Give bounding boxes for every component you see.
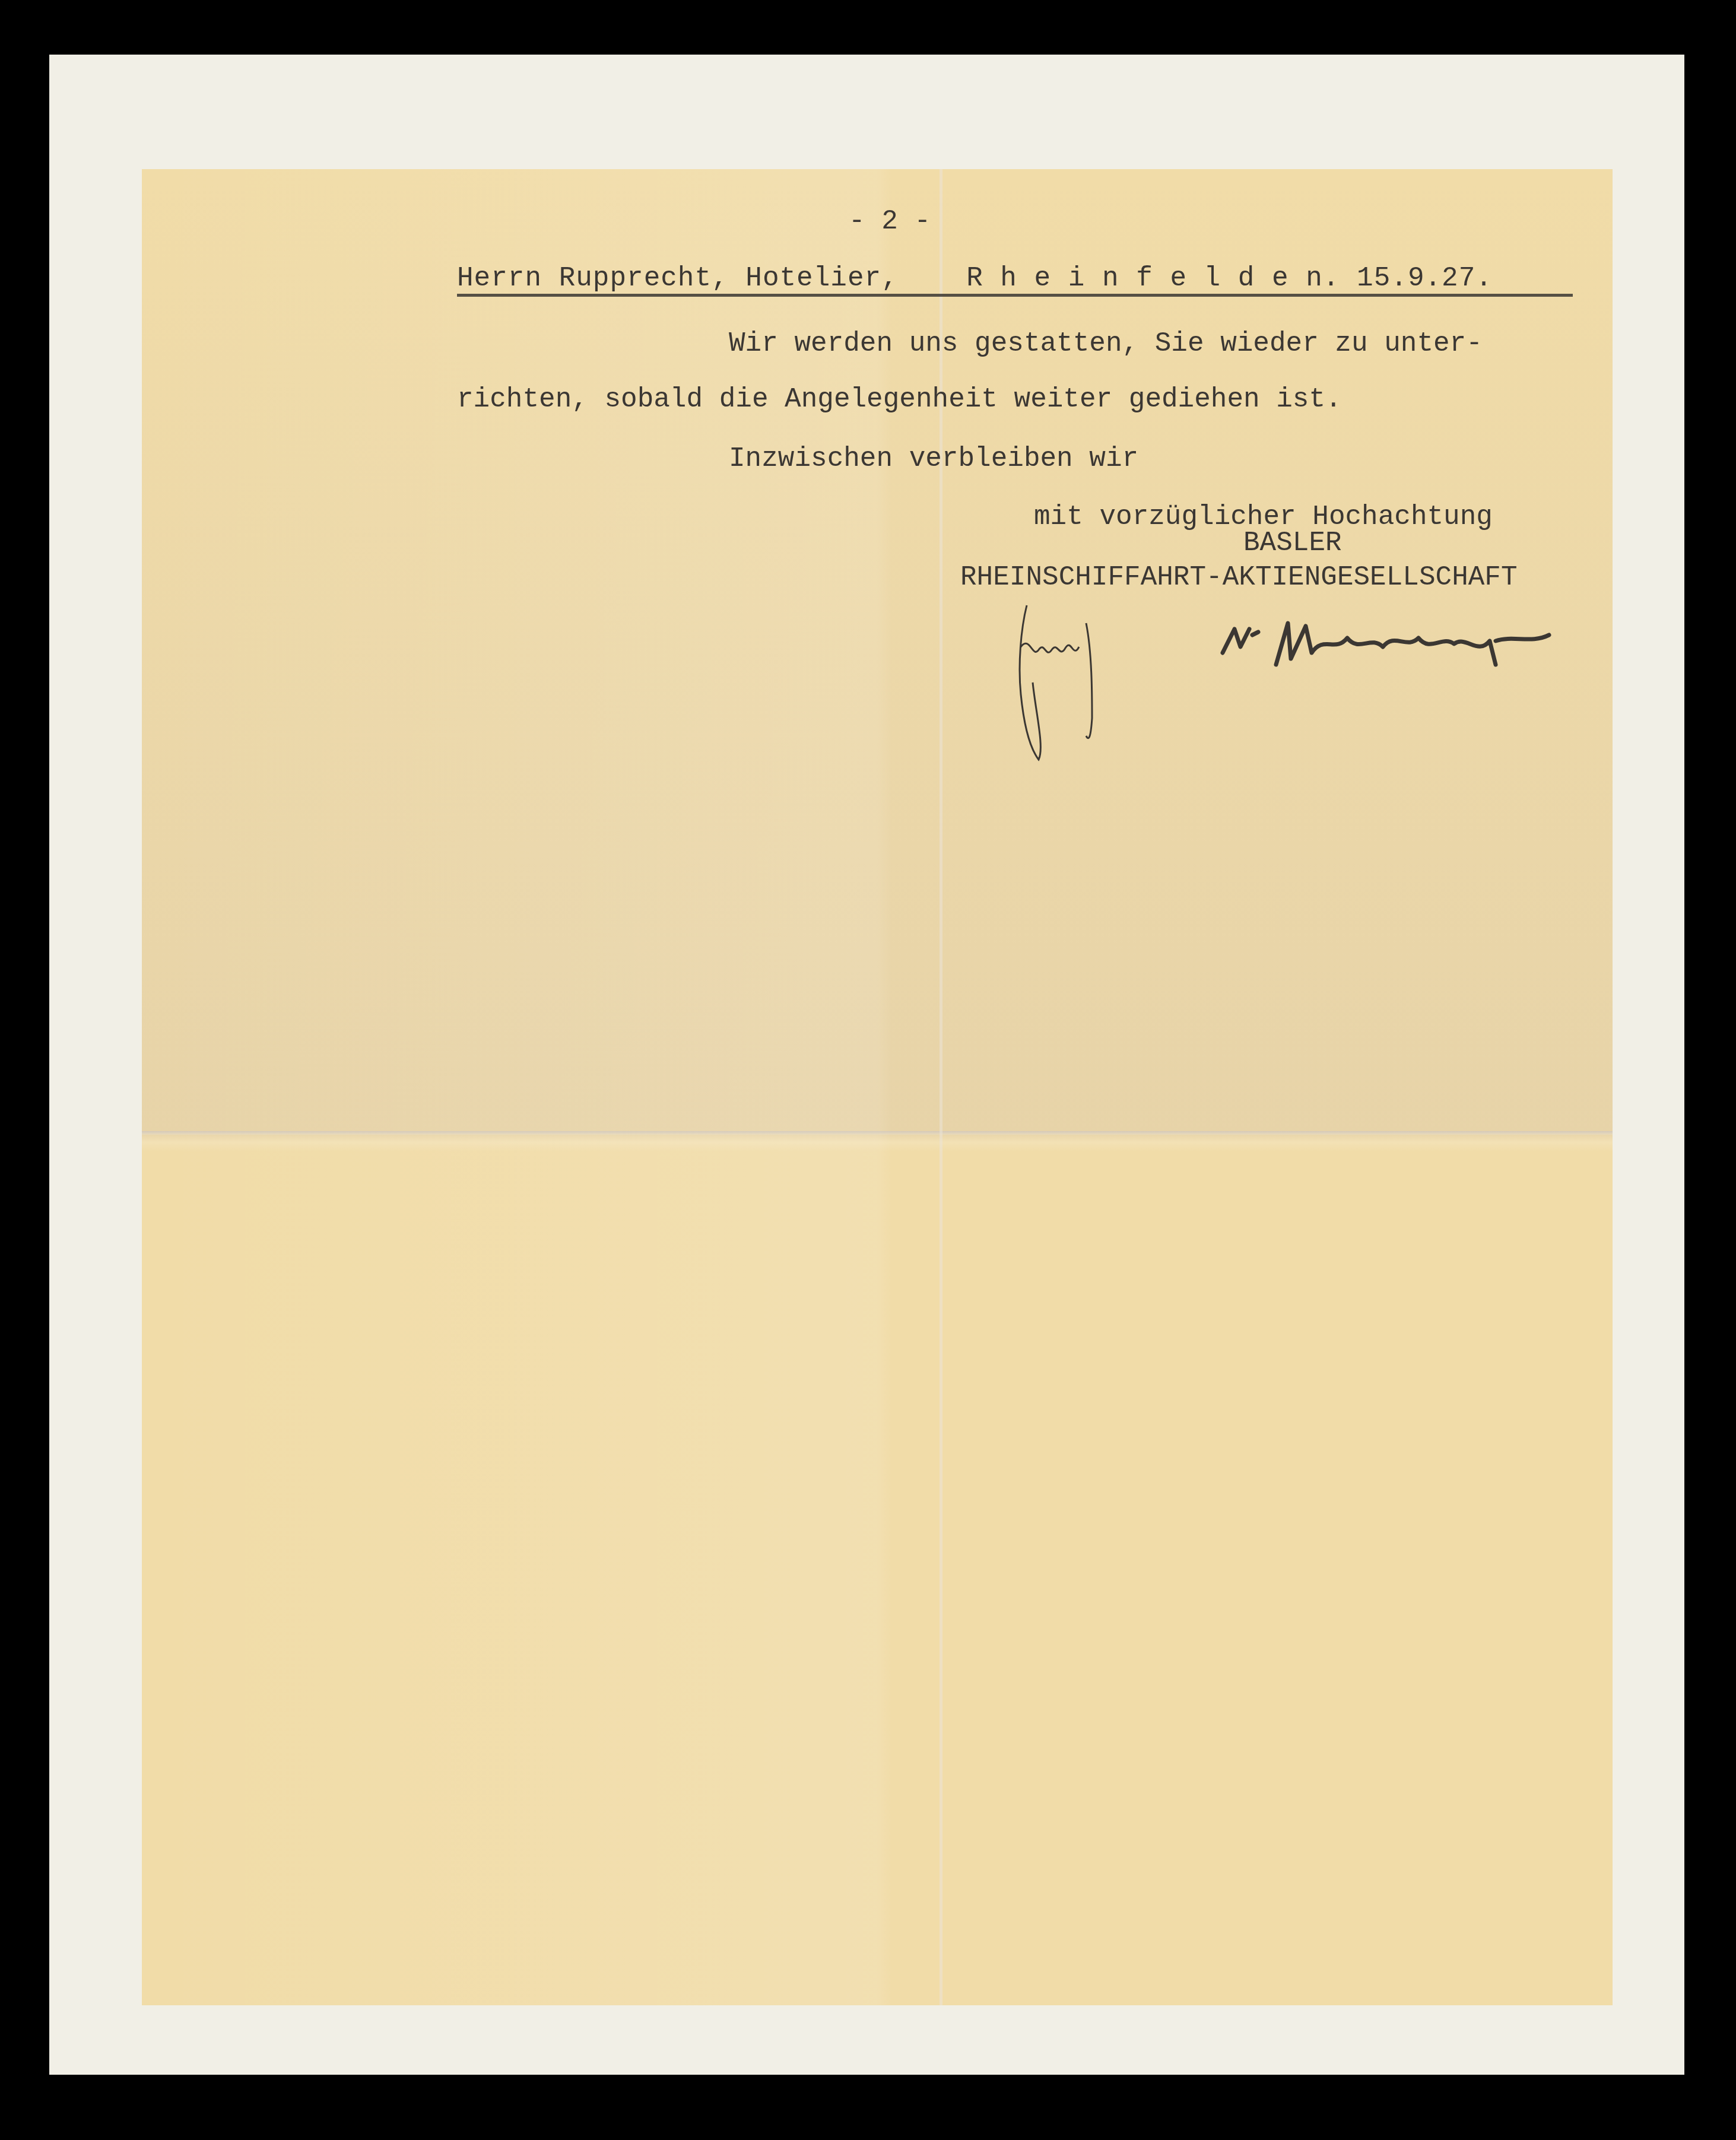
horizontal-fold	[142, 1131, 1613, 1135]
closing-salutation: mit vorzüglicher Hochachtung	[1034, 503, 1493, 531]
body-line-1: Wir werden uns gestatten, Sie wieder zu …	[729, 330, 1483, 357]
signature-left-icon	[1003, 593, 1134, 771]
company-line-1: BASLER	[1243, 529, 1342, 557]
page-number: - 2 -	[849, 208, 931, 235]
body-line-2: richten, sobald die Angelegenheit weiter…	[457, 386, 1342, 413]
address-underline	[457, 294, 1573, 297]
body-line-3: Inzwischen verbleiben wir	[729, 445, 1138, 472]
signature-right-icon	[1217, 611, 1573, 677]
address-line: Herrn Rupprecht, Hotelier, R h e i n f e…	[457, 265, 1493, 292]
company-line-2: RHEINSCHIFFAHRT-AKTIENGESELLSCHAFT	[960, 564, 1518, 591]
date: 15.9.27.	[1357, 263, 1493, 294]
place: R h e i n f e l d e n.	[966, 263, 1340, 294]
recipient: Herrn Rupprecht, Hotelier,	[457, 263, 899, 294]
